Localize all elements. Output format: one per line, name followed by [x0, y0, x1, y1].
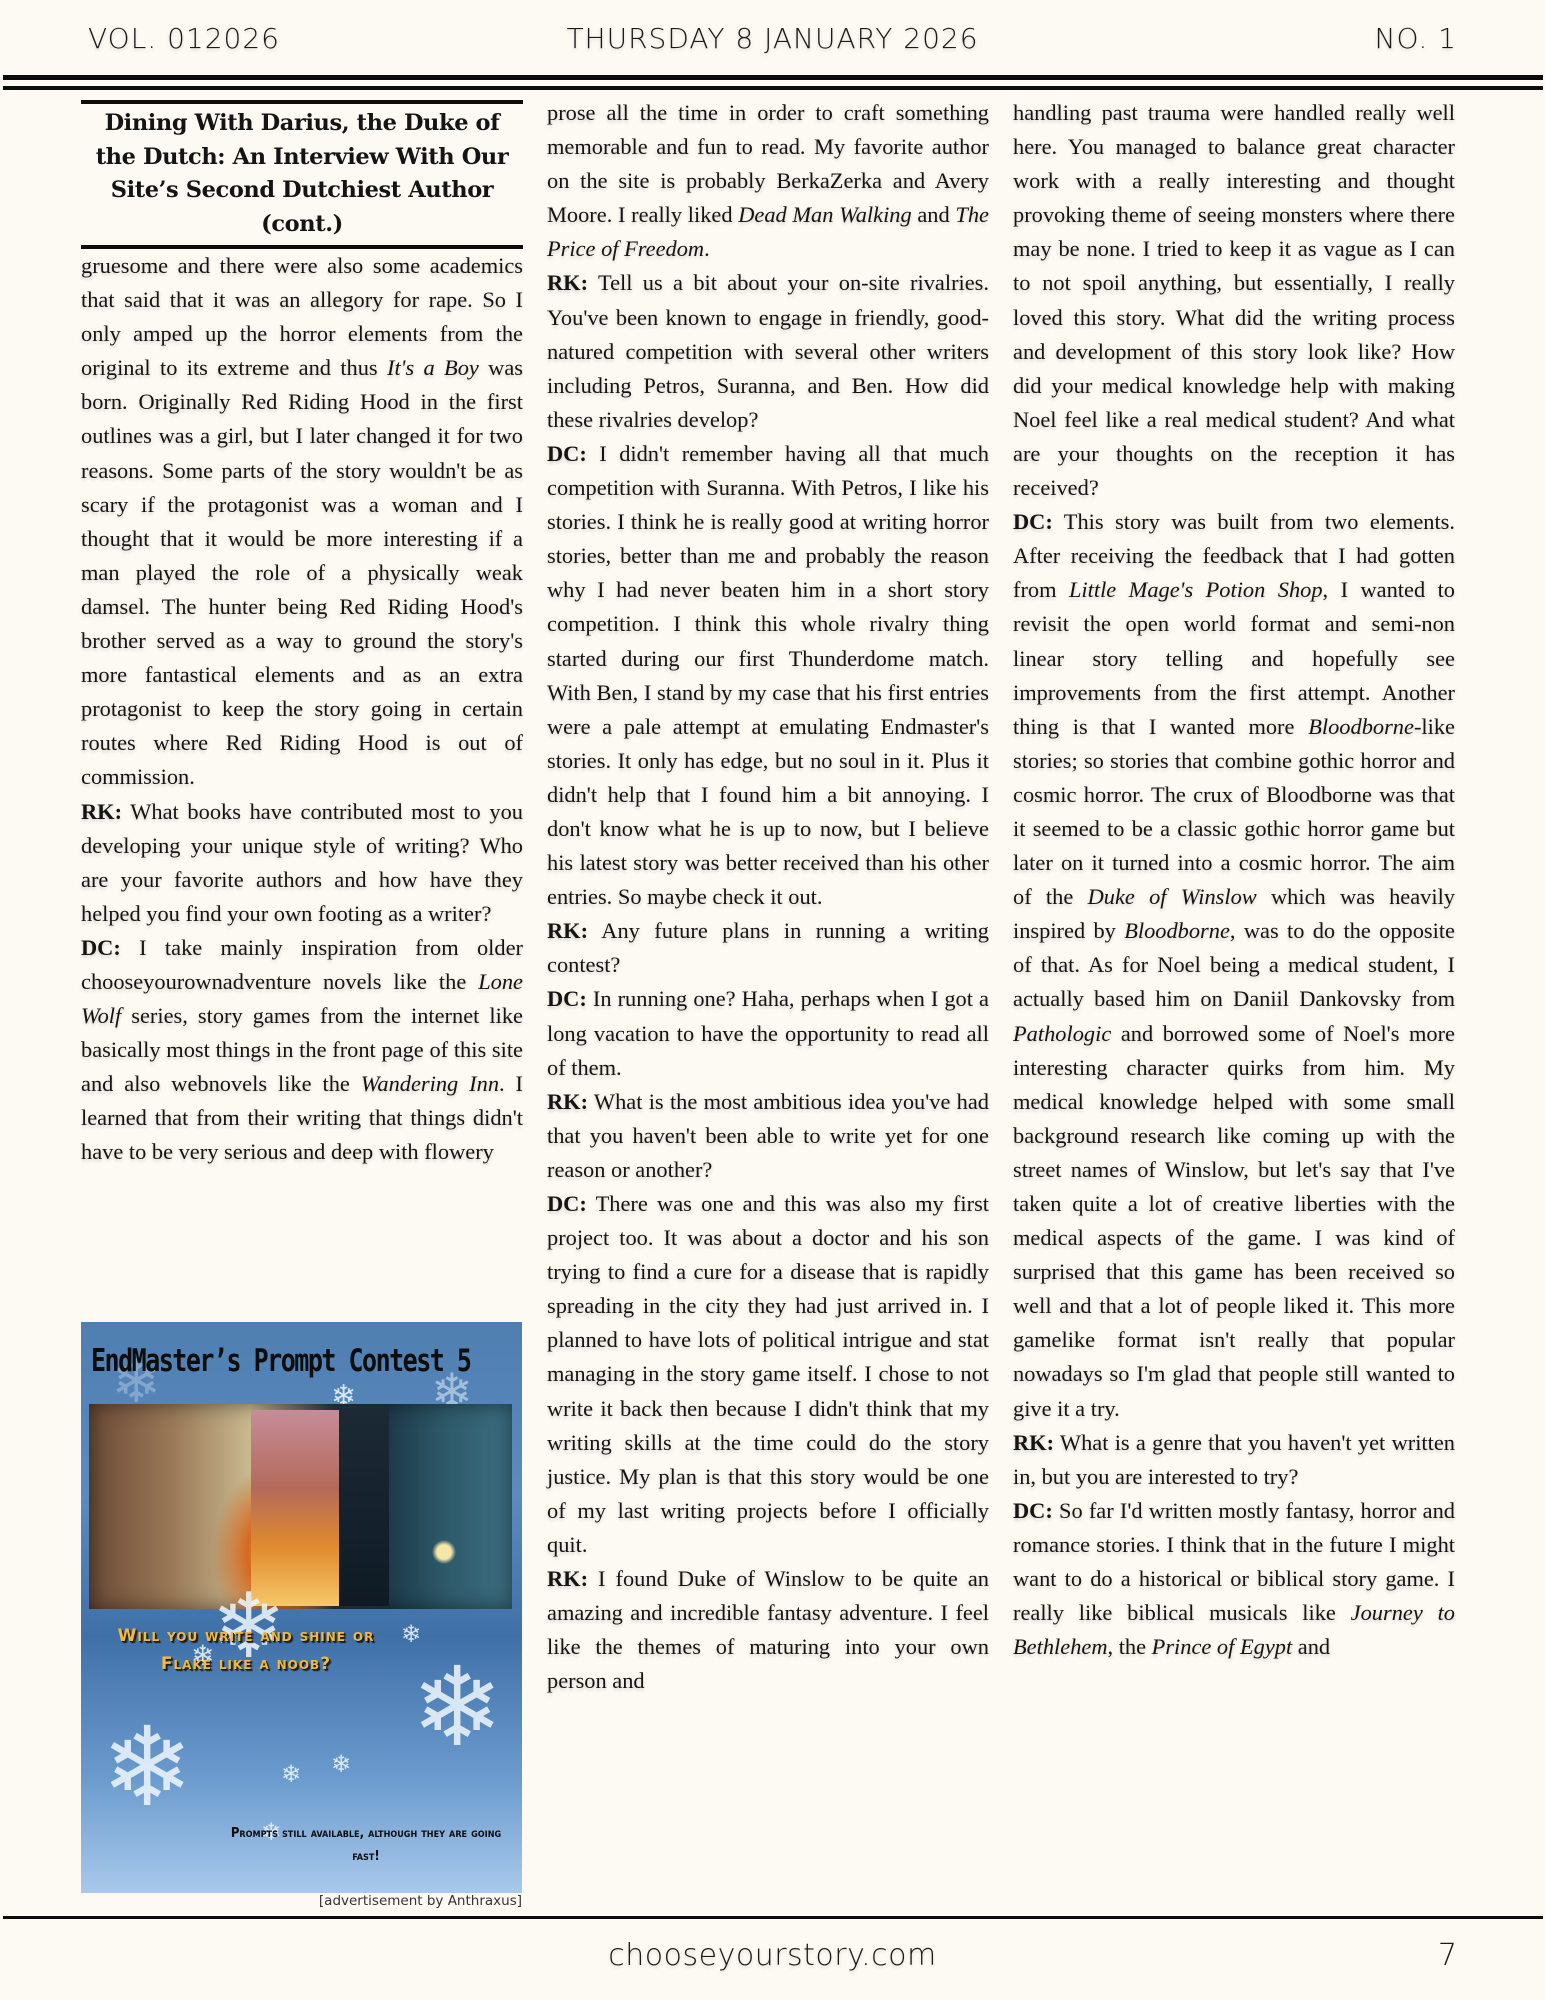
speaker-label: RK:: [547, 918, 588, 943]
answer: DC: I take mainly inspiration from older…: [81, 931, 523, 1170]
answer: DC: I didn't remember having all that mu…: [547, 437, 989, 914]
italic-title: Duke of Winslow: [1088, 884, 1257, 909]
ad-title: EndMaster’s Prompt Contest 5: [91, 1342, 521, 1378]
question: RK: What is the most ambitious idea you'…: [547, 1085, 989, 1187]
article-column-1: Dining With Darius, the Duke of the Dutc…: [81, 98, 523, 1170]
italic-title: Dead Man Walking: [738, 202, 911, 227]
answer: DC: There was one and this was also my f…: [547, 1187, 989, 1562]
site-url-link[interactable]: chooseyourstory.com: [0, 1938, 1545, 1973]
italic-title: Little Mage's Potion Shop: [1069, 577, 1323, 602]
article-column-2: prose all the time in order to craft som…: [547, 96, 989, 1698]
speaker-label: DC:: [1013, 1498, 1053, 1523]
paragraph: gruesome and there were also some academ…: [81, 249, 523, 795]
italic-title: Wandering Inn: [361, 1071, 499, 1096]
speaker-label: RK:: [547, 1089, 588, 1114]
speaker-label: RK:: [547, 270, 588, 295]
masthead: VOL. 012026 THURSDAY 8 JANUARY 2026 NO. …: [0, 18, 1545, 62]
page-number: 7: [1438, 1938, 1457, 1973]
answer: DC: In running one? Haha, perhaps when I…: [547, 982, 989, 1084]
question: RK: Tell us a bit about your on-site riv…: [547, 266, 989, 436]
speaker-label: DC:: [547, 441, 587, 466]
answer: DC: So far I'd written mostly fantasy, h…: [1013, 1494, 1455, 1664]
speaker-label: RK:: [81, 799, 122, 824]
advertisement-banner[interactable]: ❄ ❄ ❄ EndMaster’s Prompt Contest 5 ❄ ❄ ❄…: [81, 1322, 522, 1893]
speaker-label: DC:: [547, 986, 587, 1011]
italic-title: Bloodborne: [1124, 918, 1230, 943]
italic-title: Bloodborne: [1308, 714, 1414, 739]
snowflake-icon: ❄: [401, 1622, 421, 1646]
ad-subtext: Prompts still available, although they a…: [221, 1822, 511, 1868]
question-continued: handling past trauma were handled really…: [1013, 96, 1455, 505]
issue-number: NO. 1: [1375, 22, 1457, 55]
answer-continued: prose all the time in order to craft som…: [547, 96, 989, 266]
article-title: Dining With Darius, the Duke of the Dutc…: [81, 100, 523, 249]
issue-date: THURSDAY 8 JANUARY 2026: [0, 22, 1545, 55]
snowflake-icon: ❄: [411, 1652, 503, 1762]
speaker-label: DC:: [547, 1191, 587, 1216]
speaker-label: DC:: [81, 935, 121, 960]
italic-title: It's a Boy: [387, 355, 479, 380]
snowflake-icon: ❄: [331, 1752, 351, 1776]
header-rule-top: [3, 75, 1543, 80]
article-column-3: handling past trauma were handled really…: [1013, 96, 1455, 1664]
header-rule-bottom: [3, 86, 1543, 90]
italic-title: Pathologic: [1013, 1021, 1111, 1046]
question: RK: I found Duke of Winslow to be quite …: [547, 1562, 989, 1698]
speaker-label: DC:: [1013, 509, 1053, 534]
snowflake-icon: ❄: [281, 1762, 301, 1786]
snowflake-icon: ❄: [101, 1712, 193, 1822]
artwork-figure: [339, 1408, 389, 1606]
speaker-label: RK:: [547, 1566, 588, 1591]
ad-caption: [advertisement by Anthraxus]: [81, 1893, 522, 1909]
ad-artwork: [89, 1404, 512, 1609]
speaker-label: RK:: [1013, 1430, 1054, 1455]
question: RK: What is a genre that you haven't yet…: [1013, 1426, 1455, 1494]
question: RK: Any future plans in running a writin…: [547, 914, 989, 982]
footer-rule: [3, 1916, 1543, 1919]
answer: DC: This story was built from two elemen…: [1013, 505, 1455, 1426]
italic-title: Prince of Egypt: [1152, 1634, 1293, 1659]
ad-tagline: Will you write and shine or Flake like a…: [101, 1622, 391, 1678]
question: RK: What books have contributed most to …: [81, 795, 523, 931]
